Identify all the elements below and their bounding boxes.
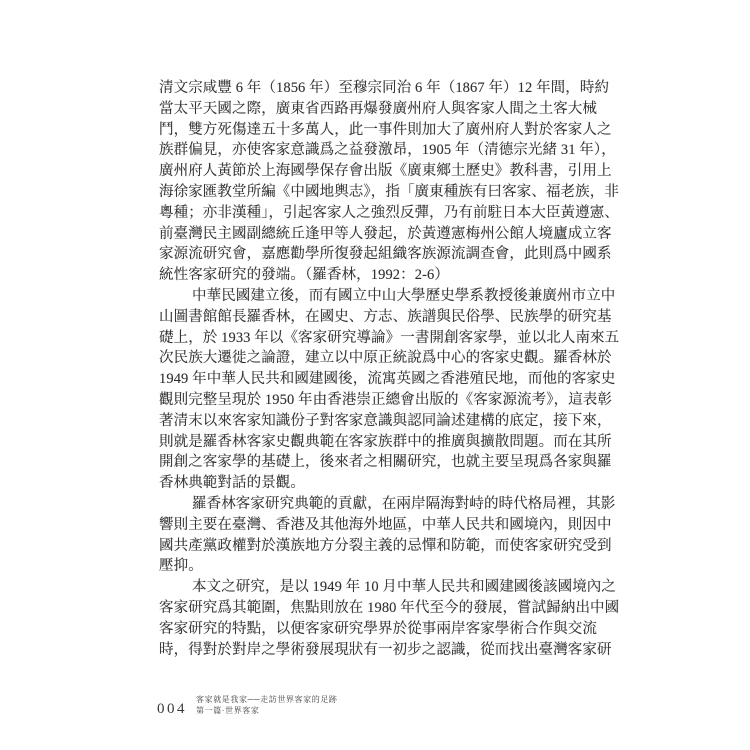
text-line: 海徐家匯教堂所編《中國地輿志》，指「廣東種族有曰客家、福老族，非 — [159, 182, 589, 203]
text-line: 響則主要在臺灣、香港及其他海外地區，中華人民共和國境內，則因中 — [159, 515, 589, 536]
text-line: 開創之客家學的基礎上，後來者之相關研究，也就主要呈現爲各家與羅 — [159, 452, 589, 473]
text-line: 羅香林客家研究典範的貢獻，在兩岸隔海對峙的時代格局裡，其影 — [159, 494, 589, 515]
body-text: 清文宗咸豐 6 年（1856 年）至穆宗同治 6 年（1867 年）12 年間，… — [159, 78, 589, 660]
running-title: 客家就是我家──走訪世界客家的足跡 — [196, 695, 338, 706]
text-line: 次民族大遷徙之論證，建立以中原正統說爲中心的客家史觀。羅香林於 — [159, 348, 589, 369]
text-line: 當太平天國之際，廣東省西路再爆發廣州府人與客家人間之土客大械 — [159, 99, 589, 120]
book-page: 清文宗咸豐 6 年（1856 年）至穆宗同治 6 年（1867 年）12 年間，… — [0, 0, 750, 750]
paragraph: 中華民國建立後，而有國立中山大學歷史學系教授後兼廣州市立中山圖書館館長羅香林，在… — [159, 286, 589, 494]
text-line: 1949 年中華人民共和國建國後，流寓英國之香港殖民地，而他的客家史 — [159, 369, 589, 390]
text-line: 統性客家研究的發端。（羅香林，1992：2-6） — [159, 265, 589, 286]
text-line: 鬥，雙方死傷達五十多萬人，此一事件則加大了廣州府人對於客家人之 — [159, 120, 589, 141]
paragraph: 羅香林客家研究典範的貢獻，在兩岸隔海對峙的時代格局裡，其影響則主要在臺灣、香港及… — [159, 494, 589, 577]
text-line: 礎上，於 1933 年以《客家研究導論》一書開創客家學，並以北人南來五 — [159, 328, 589, 349]
text-line: 前臺灣民主國副總統丘逢甲等人發起，於黃遵憲梅州公館人境廬成立客 — [159, 224, 589, 245]
text-line: 客家研究的特點，以便客家研究學界於從事兩岸客家學術合作與交流 — [159, 619, 589, 640]
paragraph: 本文之研究，是以 1949 年 10 月中華人民共和國建國後該國境內之客家研究爲… — [159, 577, 589, 660]
text-line: 中華民國建立後，而有國立中山大學歷史學系教授後兼廣州市立中 — [159, 286, 589, 307]
page-number: 004 — [157, 701, 187, 718]
section-title: 第一篇·世界客家 — [196, 706, 338, 717]
text-line: 客家研究爲其範圍，焦點則放在 1980 年代至今的發展，嘗試歸納出中國 — [159, 598, 589, 619]
text-line: 粵種；亦非漢種」，引起客家人之強烈反彈，乃有前駐日本大臣黃遵憲、 — [159, 203, 589, 224]
text-line: 族群偏見，亦使客家意識爲之益發激昂，1905 年（清德宗光緒 31 年）， — [159, 140, 589, 161]
text-line: 壓抑。 — [159, 556, 589, 577]
text-line: 清文宗咸豐 6 年（1856 年）至穆宗同治 6 年（1867 年）12 年間，… — [159, 78, 589, 99]
text-line: 則就是羅香林客家史觀典範在客家族群中的推廣與擴散問題。而在其所 — [159, 432, 589, 453]
text-line: 時，得對於對岸之學術發展現狀有一初步之認識，從而找出臺灣客家研 — [159, 640, 589, 661]
page-footer: 客家就是我家──走訪世界客家的足跡 第一篇·世界客家 — [196, 695, 338, 716]
text-line: 廣州府人黃節於上海國學保存會出版《廣東鄉土歷史》教科書，引用上 — [159, 161, 589, 182]
text-line: 山圖書館館長羅香林，在國史、方志、族譜與民俗學、民族學的研究基 — [159, 307, 589, 328]
text-line: 著清末以來客家知識份子對客家意識與認同論述建構的底定，接下來， — [159, 411, 589, 432]
text-line: 香林典範對話的景觀。 — [159, 473, 589, 494]
text-line: 家源流研究會，嘉應勸學所復發起組織客族源流調查會，此則爲中國系 — [159, 244, 589, 265]
text-line: 國共產黨政權對於漢族地方分裂主義的忌憚和防範，而使客家研究受到 — [159, 536, 589, 557]
text-line: 本文之研究，是以 1949 年 10 月中華人民共和國建國後該國境內之 — [159, 577, 589, 598]
paragraph: 清文宗咸豐 6 年（1856 年）至穆宗同治 6 年（1867 年）12 年間，… — [159, 78, 589, 286]
text-line: 觀則完整呈現於 1950 年由香港崇正總會出版的《客家源流考》，這表彰 — [159, 390, 589, 411]
